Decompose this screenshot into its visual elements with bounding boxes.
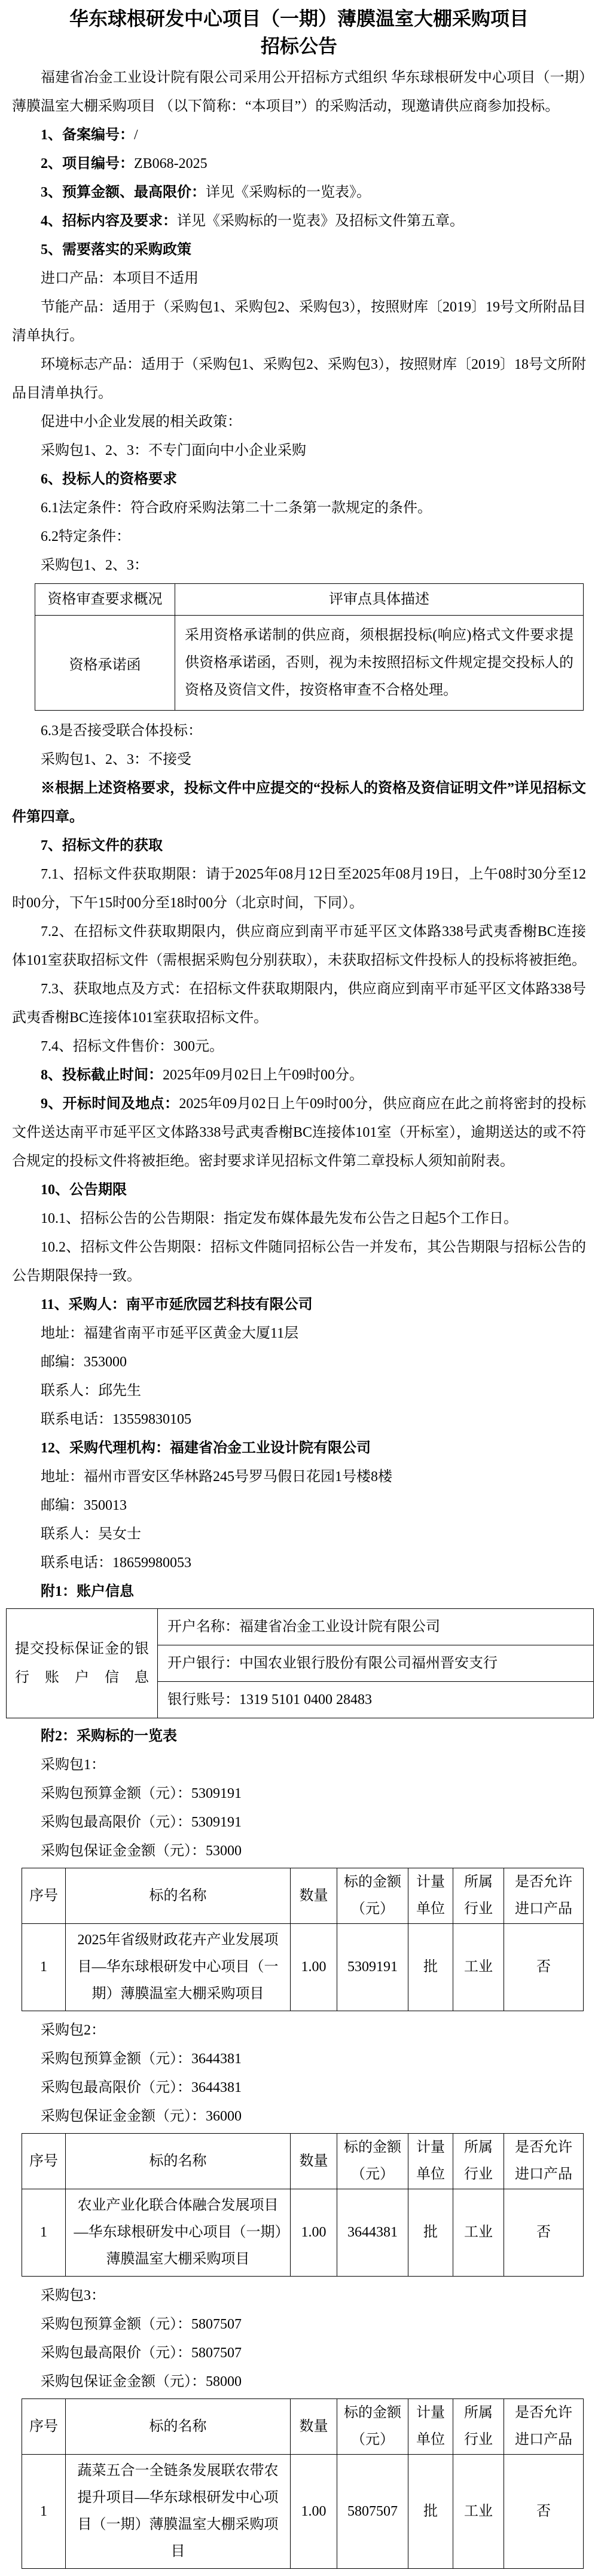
bid-table3-header-row: 序号 标的名称 数量 标的金额 （元） 计量 单位 所属 行业 是否允许 进口产…	[22, 2399, 584, 2455]
item-budget: 3、预算金额、最高限价：详见《采购标的一览表》。	[12, 178, 586, 207]
packages-line: 采购包1、2、3：	[12, 551, 586, 580]
bid2-unit: 批	[408, 2189, 453, 2277]
package1-max-price: 采购包最高限价（元）：5309191	[12, 1808, 586, 1837]
purchaser-address-label: 地址：	[41, 1326, 84, 1341]
package3-deposit-value: 58000	[206, 2374, 242, 2390]
qual-row-overview: 资格承诺函	[35, 616, 175, 711]
item-project-number: 2、项目编号：ZB068-2025	[12, 149, 586, 178]
bid-header-unit: 计量 单位	[408, 2399, 453, 2455]
purchaser-zip-label: 邮编：	[41, 1354, 84, 1370]
bid-items-table-package3: 序号 标的名称 数量 标的金额 （元） 计量 单位 所属 行业 是否允许 进口产…	[22, 2398, 584, 2569]
section6-heading: 6、投标人的资格要求	[12, 465, 586, 494]
bid1-amount: 5309191	[337, 1924, 408, 2011]
bid3-name: 蔬菜五合一全链条发展联农带农提升项目—华东球根研发中心项目（一期）薄膜温室大棚采…	[66, 2455, 291, 2569]
bid3-seq: 1	[22, 2455, 66, 2569]
bid-header-name: 标的名称	[66, 1868, 291, 1924]
bid3-unit: 批	[408, 2455, 453, 2569]
agency-zip-value: 350013	[84, 1498, 127, 1513]
account-table-row-label: 提交投标保证金的银行账户信息	[7, 1609, 158, 1718]
project-number-label: 2、项目编号：	[41, 156, 134, 172]
item-content-requirements: 4、招标内容及要求：详见《采购标的一览表》及招标文件第五章。	[12, 207, 586, 235]
announcement-period: 10.1、招标公告的公告期限：指定发布媒体最先发布公告之日起5个工作日。	[12, 1204, 586, 1233]
bid2-qty: 1.00	[291, 2189, 337, 2277]
section5-heading: 5、需要落实的采购政策	[12, 235, 586, 264]
account-bank-label: 开户银行：	[167, 1656, 239, 1671]
intro-paragraph: 福建省冶金工业设计院有限公司采用公开招标方式组织 华东球根研发中心项目（一期）薄…	[12, 63, 586, 121]
package1-budget-label: 采购包预算金额（元）：	[41, 1786, 191, 1801]
bid-opening-label: 9、开标时间及地点：	[41, 1096, 179, 1112]
bid-header-unit: 计量 单位	[408, 2134, 453, 2189]
package3-deposit-label: 采购包保证金金额（元）：	[41, 2374, 206, 2390]
bid-table2-header-row: 序号 标的名称 数量 标的金额 （元） 计量 单位 所属 行业 是否允许 进口产…	[22, 2134, 584, 2189]
qual-header-detail: 评审点具体描述	[175, 584, 584, 616]
package3-heading: 采购包3：	[12, 2281, 586, 2310]
bid-table1-header-row: 序号 标的名称 数量 标的金额 （元） 计量 单位 所属 行业 是否允许 进口产…	[22, 1868, 584, 1924]
item-bid-deadline: 8、投标截止时间：2025年09月02日上午09时00分。	[12, 1061, 586, 1090]
bid-header-unit: 计量 单位	[408, 1868, 453, 1924]
agency-phone-label: 联系电话：	[41, 1555, 112, 1571]
doc-obtain-period: 7.1、招标文件获取期限：请于2025年08月12日至2025年08月19日，上…	[12, 860, 586, 917]
bid-table1-row: 1 2025年省级财政花卉产业发展项目—华东球根研发中心项目（一期）薄膜温室大棚…	[22, 1924, 584, 2011]
account-bank-cell: 开户银行：中国农业银行股份有限公司福州晋安支行	[158, 1645, 594, 1682]
agency-contact: 联系人：吴女士	[12, 1520, 586, 1549]
agency-address-value: 福州市晋安区华林路245号罗马假日花园1号楼8楼	[84, 1469, 392, 1485]
package2-budget: 采购包预算金额（元）：3644381	[12, 2045, 586, 2073]
bid-deadline-value: 2025年09月02日上午09时00分。	[163, 1067, 364, 1083]
doc-obtain-location: 7.3、获取地点及方式：在招标文件获取期限内，供应商应到南平市延平区文体路338…	[12, 975, 586, 1032]
bid-header-amount: 标的金额 （元）	[337, 2399, 408, 2455]
package1-budget-value: 5309191	[191, 1786, 242, 1801]
bid2-name: 农业产业化联合体融合发展项目—华东球根研发中心项目（一期）薄膜温室大棚采购项目	[66, 2189, 291, 2277]
appendix1-heading: 附1：账户信息	[12, 1577, 586, 1606]
document-title: 华东球根研发中心项目（一期）薄膜温室大棚采购项目 招标公告	[12, 5, 586, 60]
joint-bid-detail: 采购包1、2、3：不接受	[12, 745, 586, 774]
bid-header-qty: 数量	[291, 2399, 337, 2455]
purchaser-address-value: 福建省南平市延平区黄金大厦11层	[84, 1326, 298, 1341]
bid-header-import: 是否允许 进口产品	[504, 2134, 584, 2189]
agency-zip: 邮编：350013	[12, 1491, 586, 1520]
bid-table2-row: 1 农业产业化联合体融合发展项目—华东球根研发中心项目（一期）薄膜温室大棚采购项…	[22, 2189, 584, 2277]
bid-header-industry: 所属 行业	[453, 1868, 504, 1924]
bid-header-industry: 所属 行业	[453, 2399, 504, 2455]
bid2-industry: 工业	[453, 2189, 504, 2277]
legal-conditions: 6.1法定条件：符合政府采购法第二十二条第一款规定的条件。	[12, 494, 586, 522]
qualification-table: 资格审查要求概况 评审点具体描述 资格承诺函 采用资格承诺制的供应商，须根据投标…	[35, 583, 584, 711]
bid-header-import: 是否允许 进口产品	[504, 2399, 584, 2455]
bid2-import: 否	[504, 2189, 584, 2277]
document-title-line1: 华东球根研发中心项目（一期）薄膜温室大棚采购项目	[12, 5, 586, 32]
bid-header-seq: 序号	[22, 1868, 66, 1924]
account-number-label: 银行账号：	[167, 1692, 239, 1708]
package2-budget-label: 采购包预算金额（元）：	[41, 2051, 191, 2067]
agency-contact-label: 联系人：	[41, 1526, 98, 1542]
doc-announcement-period: 10.2、招标文件公告期限：招标文件随同招标公告一并发布，其公告期限与招标公告的…	[12, 1233, 586, 1290]
record-number-value: /	[134, 127, 138, 143]
content-requirements-value: 详见《采购标的一览表》及招标文件第五章。	[177, 213, 464, 229]
agency-address: 地址：福州市晋安区华林路245号罗马假日花园1号楼8楼	[12, 1463, 586, 1491]
package3-budget-label: 采购包预算金额（元）：	[41, 2317, 191, 2332]
bid1-qty: 1.00	[291, 1924, 337, 2011]
package1-deposit-value: 53000	[206, 1843, 242, 1859]
bid-header-qty: 数量	[291, 1868, 337, 1924]
bid2-seq: 1	[22, 2189, 66, 2277]
package3-budget: 采购包预算金额（元）：5807507	[12, 2310, 586, 2339]
package3-max-label: 采购包最高限价（元）：	[41, 2345, 191, 2361]
agency-contact-value: 吴女士	[98, 1526, 141, 1542]
agency-phone-value: 18659980053	[112, 1555, 191, 1571]
qual-header-overview: 资格审查要求概况	[35, 584, 175, 616]
account-info-table: 提交投标保证金的银行账户信息 开户名称：福建省冶金工业设计院有限公司 开户银行：…	[6, 1608, 594, 1718]
agency-phone: 联系电话：18659980053	[12, 1549, 586, 1577]
record-number-label: 1、备案编号：	[41, 127, 134, 143]
specific-conditions: 6.2特定条件：	[12, 522, 586, 551]
item-record-number: 1、备案编号：/	[12, 121, 586, 149]
bid-header-name: 标的名称	[66, 2399, 291, 2455]
package1-max-value: 5309191	[191, 1815, 242, 1830]
agency-heading: 12、采购代理机构：福建省冶金工业设计院有限公司	[12, 1434, 586, 1463]
bid2-amount: 3644381	[337, 2189, 408, 2277]
joint-bid-line: 6.3是否接受联合体投标：	[12, 717, 586, 745]
bid-items-table-package1: 序号 标的名称 数量 标的金额 （元） 计量 单位 所属 行业 是否允许 进口产…	[22, 1868, 584, 2011]
package3-deposit: 采购包保证金金额（元）：58000	[12, 2367, 586, 2396]
purchaser-phone-label: 联系电话：	[41, 1412, 112, 1427]
package3-max-price: 采购包最高限价（元）：5807507	[12, 2339, 586, 2367]
bid-header-seq: 序号	[22, 2134, 66, 2189]
package2-heading: 采购包2：	[12, 2016, 586, 2045]
package2-budget-value: 3644381	[191, 2051, 242, 2067]
bid1-industry: 工业	[453, 1924, 504, 2011]
qualification-table-header-row: 资格审查要求概况 评审点具体描述	[35, 584, 584, 616]
agency-zip-label: 邮编：	[41, 1498, 84, 1513]
account-name-cell: 开户名称：福建省冶金工业设计院有限公司	[158, 1609, 594, 1645]
package3-max-value: 5807507	[191, 2345, 242, 2361]
doc-price: 7.4、招标文件售价：300元。	[12, 1032, 586, 1061]
section7-heading: 7、招标文件的获取	[12, 831, 586, 860]
package1-deposit: 采购包保证金金额（元）：53000	[12, 1837, 586, 1865]
bid-header-import: 是否允许 进口产品	[504, 1868, 584, 1924]
budget-value: 详见《采购标的一览表》。	[206, 185, 371, 200]
bid-header-industry: 所属 行业	[453, 2134, 504, 2189]
package1-budget: 采购包预算金额（元）：5309191	[12, 1779, 586, 1808]
package2-max-label: 采购包最高限价（元）：	[41, 2080, 191, 2095]
package1-heading: 采购包1：	[12, 1751, 586, 1779]
purchaser-heading: 11、采购人：南平市延欣园艺科技有限公司	[12, 1290, 586, 1319]
content-requirements-label: 4、招标内容及要求：	[41, 213, 177, 229]
bid-header-qty: 数量	[291, 2134, 337, 2189]
sme-policy-heading: 促进中小企业发展的相关政策：	[12, 408, 586, 436]
account-name-value: 福建省冶金工业设计院有限公司	[239, 1619, 440, 1635]
import-products-policy: 进口产品：本项目不适用	[12, 264, 586, 293]
budget-label: 3、预算金额、最高限价：	[41, 185, 206, 200]
package2-max-value: 3644381	[191, 2080, 242, 2095]
account-name-label: 开户名称：	[167, 1619, 239, 1635]
bid1-import: 否	[504, 1924, 584, 2011]
qualification-note: ※根据上述资格要求，投标文件中应提交的“投标人的资格及资信证明文件”详见招标文件…	[12, 774, 586, 831]
bid-header-name: 标的名称	[66, 2134, 291, 2189]
package1-max-label: 采购包最高限价（元）：	[41, 1815, 191, 1830]
doc-obtain-requirement: 7.2、在招标文件获取期限内，供应商应到南平市延平区文体路338号武夷香榭BC连…	[12, 917, 586, 975]
qualification-table-row: 资格承诺函 采用资格承诺制的供应商，须根据投标(响应)格式文件要求提供资格承诺函…	[35, 616, 584, 711]
bid1-seq: 1	[22, 1924, 66, 2011]
purchaser-contact-label: 联系人：	[41, 1383, 98, 1399]
purchaser-address: 地址：福建省南平市延平区黄金大厦11层	[12, 1319, 586, 1348]
bid-table3-row: 1 蔬菜五合一全链条发展联农带农提升项目—华东球根研发中心项目（一期）薄膜温室大…	[22, 2455, 584, 2569]
energy-saving-policy: 节能产品：适用于（采购包1、采购包2、采购包3），按照财库〔2019〕19号文所…	[12, 293, 586, 350]
account-number-value: 1319 5101 0400 28483	[239, 1692, 372, 1708]
purchaser-zip-value: 353000	[84, 1354, 127, 1370]
qual-row-detail: 采用资格承诺制的供应商，须根据投标(响应)格式文件要求提供资格承诺函，否则，视为…	[175, 616, 584, 711]
purchaser-contact-value: 邱先生	[98, 1383, 141, 1399]
package2-deposit-value: 36000	[206, 2109, 242, 2124]
bid1-unit: 批	[408, 1924, 453, 2011]
bid-header-seq: 序号	[22, 2399, 66, 2455]
bid3-industry: 工业	[453, 2455, 504, 2569]
sme-policy-detail: 采购包1、2、3：不专门面向中小企业采购	[12, 436, 586, 465]
purchaser-phone: 联系电话：13559830105	[12, 1405, 586, 1434]
agency-address-label: 地址：	[41, 1469, 84, 1485]
section10-heading: 10、公告期限	[12, 1176, 586, 1204]
project-number-value: ZB068-2025	[134, 156, 208, 172]
package2-deposit-label: 采购包保证金金额（元）：	[41, 2109, 206, 2124]
package3-budget-value: 5807507	[191, 2317, 242, 2332]
item-bid-opening: 9、开标时间及地点：2025年09月02日上午09时00分，供应商应在此之前将密…	[12, 1090, 586, 1176]
bid3-import: 否	[504, 2455, 584, 2569]
account-bank-value: 中国农业银行股份有限公司福州晋安支行	[239, 1656, 498, 1671]
package1-deposit-label: 采购包保证金金额（元）：	[41, 1843, 206, 1859]
env-label-policy: 环境标志产品：适用于（采购包1、采购包2、采购包3），按照财库〔2019〕18号…	[12, 350, 586, 408]
purchaser-contact: 联系人：邱先生	[12, 1376, 586, 1405]
bid3-amount: 5807507	[337, 2455, 408, 2569]
purchaser-phone-value: 13559830105	[112, 1412, 191, 1427]
bid-header-amount: 标的金额 （元）	[337, 2134, 408, 2189]
bid-items-table-package2: 序号 标的名称 数量 标的金额 （元） 计量 单位 所属 行业 是否允许 进口产…	[22, 2133, 584, 2277]
appendix2-heading: 附2：采购标的一览表	[12, 1722, 586, 1751]
bid-deadline-label: 8、投标截止时间：	[41, 1067, 163, 1083]
account-row-name: 提交投标保证金的银行账户信息 开户名称：福建省冶金工业设计院有限公司	[7, 1609, 594, 1645]
package2-deposit: 采购包保证金金额（元）：36000	[12, 2102, 586, 2131]
purchaser-zip: 邮编：353000	[12, 1348, 586, 1376]
account-number-cell: 银行账号：1319 5101 0400 28483	[158, 1682, 594, 1718]
bid3-qty: 1.00	[291, 2455, 337, 2569]
bid-header-amount: 标的金额 （元）	[337, 1868, 408, 1924]
tender-announcement-document: 华东球根研发中心项目（一期）薄膜温室大棚采购项目 招标公告 福建省冶金工业设计院…	[0, 0, 598, 2576]
document-title-line2: 招标公告	[12, 32, 586, 60]
bid1-name: 2025年省级财政花卉产业发展项目—华东球根研发中心项目（一期）薄膜温室大棚采购…	[66, 1924, 291, 2011]
package2-max-price: 采购包最高限价（元）：3644381	[12, 2073, 586, 2102]
